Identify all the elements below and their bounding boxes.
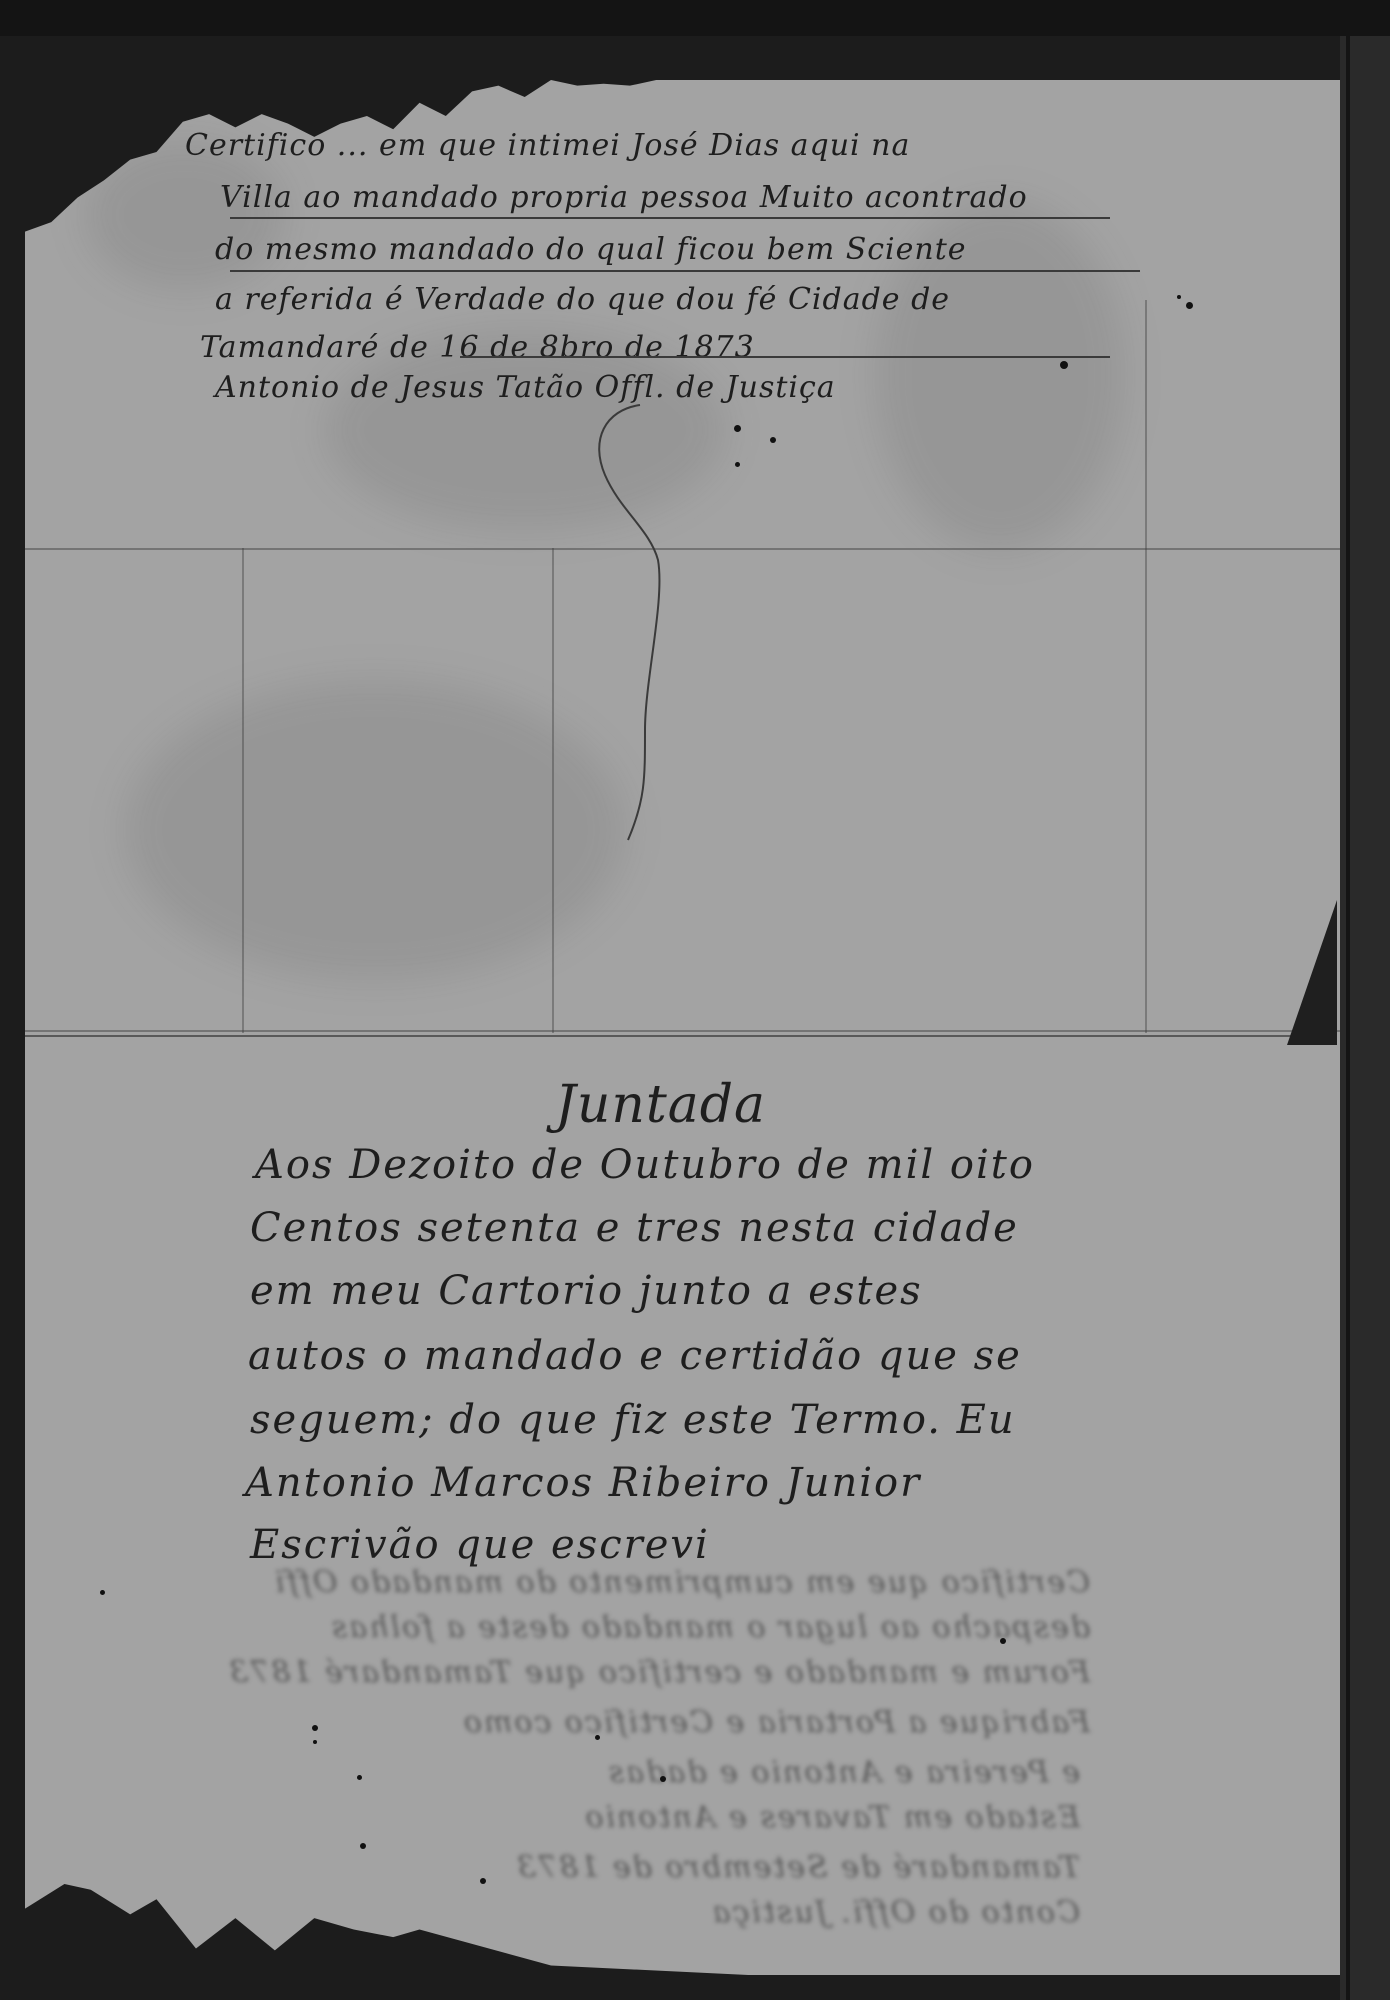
fold-line-middle: [25, 1030, 1340, 1032]
upper-line: do mesmo mandado do qual ficou bem Scien…: [215, 232, 967, 267]
juntada-line: seguem; do que fiz este Termo. Eu: [250, 1397, 1016, 1443]
juntada-line: autos o mandado e certidão que se: [248, 1333, 1022, 1379]
juntada-line: Aos Dezoito de Outubro de mil oito: [255, 1142, 1035, 1188]
juntada-signature: Antonio Marcos Ribeiro Junior: [245, 1460, 921, 1506]
pen-flourish: [590, 400, 710, 850]
scanner-top-strip: [0, 0, 1390, 36]
binding-strip: [1340, 36, 1390, 2000]
signature-line: Antonio de Jesus Tatão Offl. de Justiça: [215, 370, 836, 405]
fold-line-center: [552, 548, 554, 1033]
bleed-line: Forum e mandado e certifico que Tamandar…: [50, 1655, 1090, 1690]
juntada-line: em meu Cartorio junto a estes: [250, 1268, 923, 1314]
upper-date-line: Tamandaré de 16 de 8bro de 1873: [200, 330, 755, 365]
bleed-line: Conto do Offi. Justiça: [180, 1895, 1080, 1930]
juntada-line: Centos setenta e tres nesta cidade: [250, 1205, 1019, 1251]
bleed-line: Certifico que em cumprimento do mandado …: [50, 1565, 1090, 1600]
bleed-line: e Pereira e Antonio e dadas: [120, 1755, 1080, 1790]
upper-line: Certifico ... em que intimei José Dias a…: [185, 128, 910, 163]
juntada-heading: Juntada: [555, 1075, 766, 1135]
upper-line: a referida é Verdade do que dou fé Cidad…: [215, 282, 950, 317]
bleed-line: Fabrique a Portaria e Certifico como: [50, 1705, 1090, 1740]
juntada-signature-title: Escrivão que escrevi: [250, 1522, 710, 1568]
bleed-line: Estado em Tavares e Antonio: [120, 1800, 1080, 1835]
lower-sheet-edge: [25, 1035, 1335, 1037]
bleed-line: Tamandaré de Setembro de 1873: [140, 1850, 1080, 1885]
fold-line-right: [1145, 300, 1147, 1033]
upper-line: Villa ao mandado propria pessoa Muito ac…: [220, 180, 1028, 215]
bleed-line: despacho ao lugar o mandado deste a folh…: [50, 1610, 1090, 1645]
torn-corner: [1287, 900, 1337, 1045]
fold-line-left: [242, 548, 244, 1033]
